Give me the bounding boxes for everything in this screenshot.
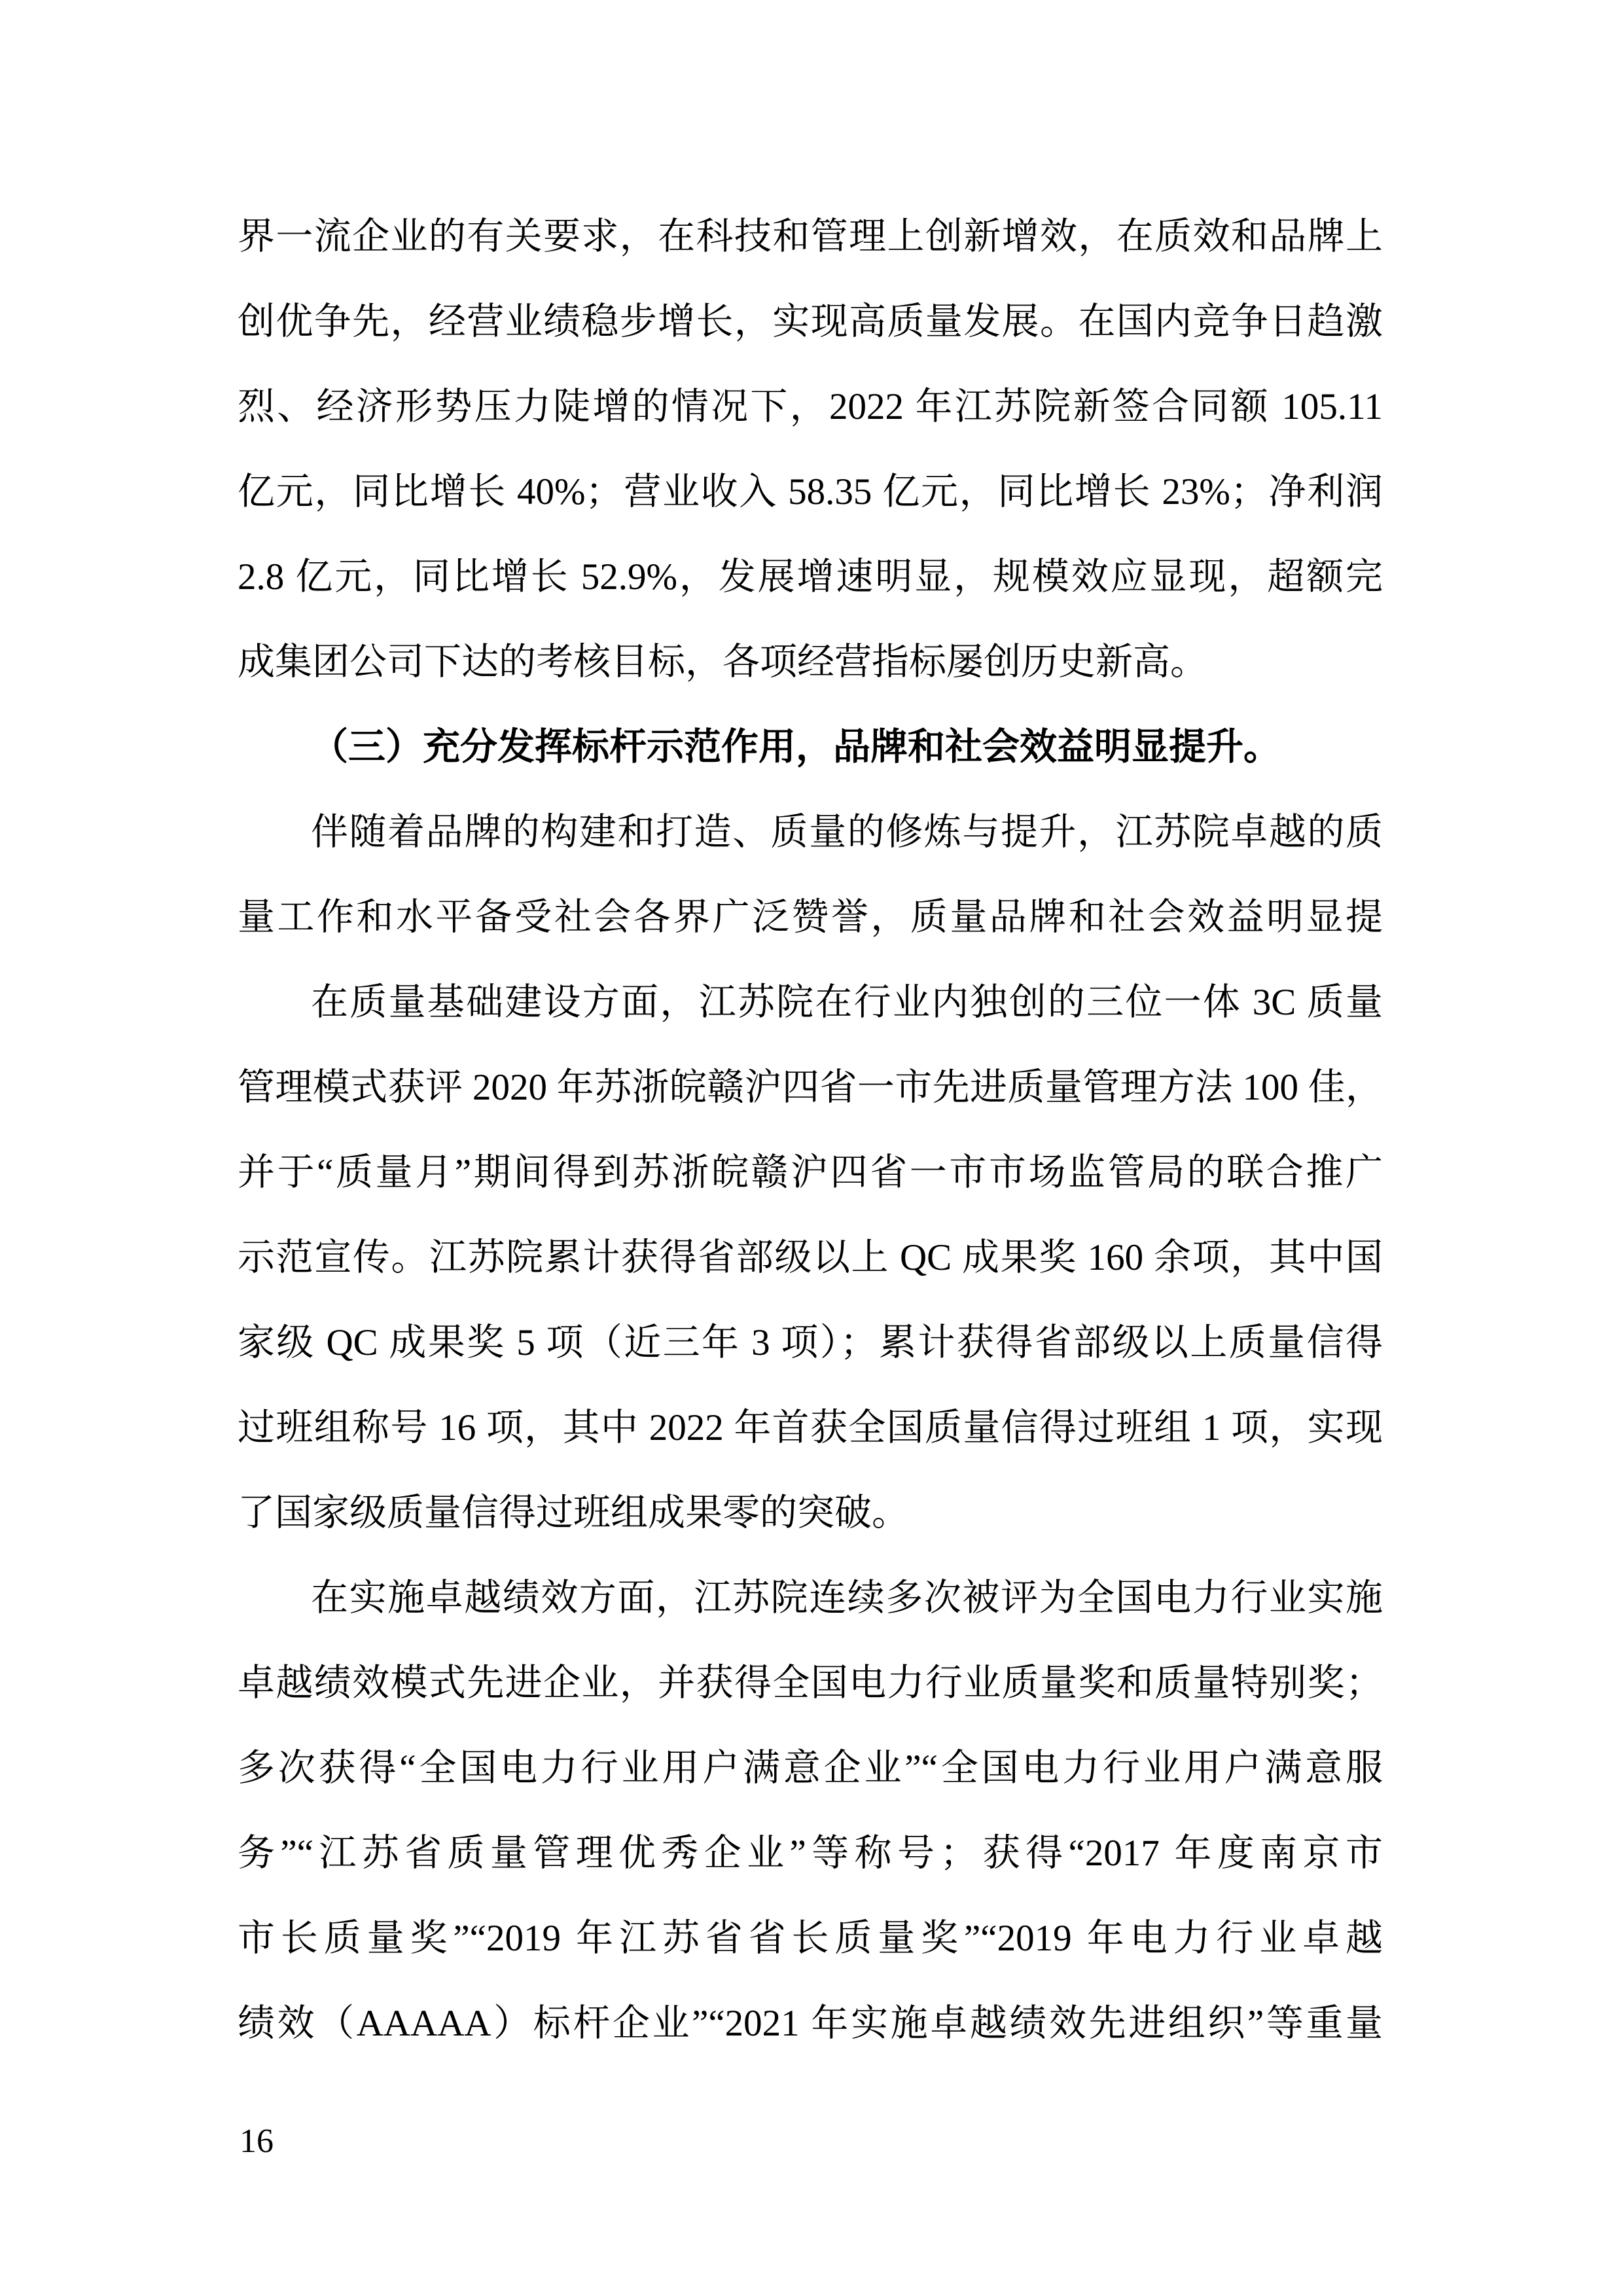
text-line-20: 务”“江苏省质量管理优秀企业”等称号；获得“2017 年度南京市	[238, 1811, 1383, 1896]
page-number: 16	[240, 2121, 274, 2162]
text-line-12: 并于“质量月”期间得到苏浙皖赣沪四省一市市场监管局的联合推广	[238, 1130, 1383, 1215]
section-heading-3: （三）充分发挥标杆示范作用，品牌和社会效益明显提升。	[238, 705, 1383, 790]
text-line-09: 量工作和水平备受社会各界广泛赞誉，质量品牌和社会效益明显提升。	[238, 875, 1383, 960]
text-line-04: 亿元，同比增长 40%；营业收入 58.35 亿元，同比增长 23%；净利润	[238, 450, 1383, 535]
text-line-19: 多次获得“全国电力行业用户满意企业”“全国电力行业用户满意服	[238, 1726, 1383, 1811]
text-line-02: 创优争先，经营业绩稳步增长，实现高质量发展。在国内竞争日趋激	[238, 279, 1383, 365]
document-page: 界一流企业的有关要求，在科技和管理上创新增效，在质效和品牌上 创优争先，经营业绩…	[0, 0, 1623, 2296]
text-line-21: 市长质量奖”“2019 年江苏省省长质量奖”“2019 年电力行业卓越	[238, 1896, 1383, 1981]
text-line-22: 绩效（AAAAA）标杆企业”“2021 年实施卓越绩效先进组织”等重量	[238, 1981, 1383, 2066]
text-line-10: 在质量基础建设方面，江苏院在行业内独创的三位一体 3C 质量	[238, 960, 1383, 1045]
document-body: 界一流企业的有关要求，在科技和管理上创新增效，在质效和品牌上 创优争先，经营业绩…	[238, 194, 1383, 2066]
text-line-05: 2.8 亿元，同比增长 52.9%，发展增速明显，规模效应显现，超额完	[238, 535, 1383, 620]
text-line-17: 在实施卓越绩效方面，江苏院连续多次被评为全国电力行业实施	[238, 1556, 1383, 1641]
text-line-13: 示范宣传。江苏院累计获得省部级以上 QC 成果奖 160 余项，其中国	[238, 1215, 1383, 1300]
text-line-06: 成集团公司下达的考核目标，各项经营指标屡创历史新高。	[238, 620, 1383, 705]
text-line-14: 家级 QC 成果奖 5 项（近三年 3 项）；累计获得省部级以上质量信得	[238, 1300, 1383, 1386]
text-line-03: 烈、经济形势压力陡增的情况下，2022 年江苏院新签合同额 105.11	[238, 365, 1383, 450]
text-line-15: 过班组称号 16 项，其中 2022 年首获全国质量信得过班组 1 项，实现	[238, 1386, 1383, 1471]
text-line-18: 卓越绩效模式先进企业，并获得全国电力行业质量奖和质量特别奖；	[238, 1641, 1383, 1726]
text-line-08: 伴随着品牌的构建和打造、质量的修炼与提升，江苏院卓越的质	[238, 790, 1383, 875]
text-line-01: 界一流企业的有关要求，在科技和管理上创新增效，在质效和品牌上	[238, 194, 1383, 279]
text-line-11: 管理模式获评 2020 年苏浙皖赣沪四省一市先进质量管理方法 100 佳，	[238, 1045, 1383, 1130]
text-line-16: 了国家级质量信得过班组成果零的突破。	[238, 1471, 1383, 1556]
